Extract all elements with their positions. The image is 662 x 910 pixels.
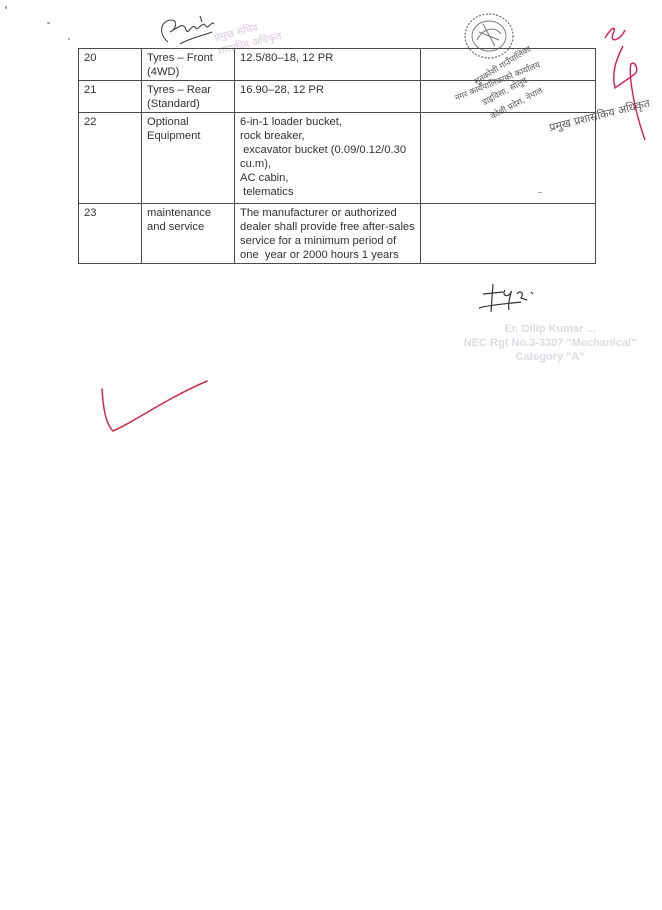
row-number: 23 bbox=[84, 207, 96, 219]
item-text: Equipment bbox=[147, 129, 229, 143]
remarks-cell bbox=[420, 113, 595, 204]
remarks-cell bbox=[420, 204, 595, 264]
scan-speck bbox=[538, 192, 542, 193]
specification-text: dealer shall provide free after-sales bbox=[240, 220, 415, 234]
specification-text: The manufacturer or authorized bbox=[240, 206, 415, 220]
row-number: 20 bbox=[84, 52, 96, 64]
scan-speck bbox=[68, 38, 70, 40]
row-number-cell: 20 bbox=[79, 49, 142, 81]
red-handwritten-initials bbox=[595, 10, 662, 150]
table-row: 23maintenanceand serviceThe manufacturer… bbox=[79, 204, 596, 264]
specification-text: AC cabin, bbox=[240, 171, 415, 185]
row-number-cell: 23 bbox=[79, 204, 142, 264]
item-text: and service bbox=[147, 220, 229, 234]
specification-text: cu.m), bbox=[240, 157, 415, 171]
specification-text: one year or 2000 hours 1 years bbox=[240, 248, 415, 262]
red-check-mark bbox=[95, 375, 215, 450]
item-text: Tyres – Front bbox=[147, 51, 229, 65]
item-text: Tyres – Rear bbox=[147, 83, 229, 97]
specification-table: 20Tyres – Front(4WD)12.5/80–18, 12 PR21T… bbox=[78, 48, 596, 264]
table-row: 21Tyres – Rear(Standard)16.90–28, 12 PR bbox=[79, 81, 596, 113]
specification-text: rock breaker, bbox=[240, 129, 415, 143]
signature-top bbox=[150, 12, 220, 52]
specification-text: 12.5/80–18, 12 PR bbox=[240, 51, 415, 65]
specification-cell: 16.90–28, 12 PR bbox=[235, 81, 421, 113]
row-number: 22 bbox=[84, 116, 96, 128]
row-number: 21 bbox=[84, 84, 96, 96]
item-text: (Standard) bbox=[147, 97, 229, 111]
remarks-cell bbox=[420, 81, 595, 113]
scan-speck bbox=[5, 6, 7, 9]
item-cell: Tyres – Front(4WD) bbox=[142, 49, 235, 81]
item-cell: maintenanceand service bbox=[142, 204, 235, 264]
specification-text: service for a minimum period of bbox=[240, 234, 415, 248]
scan-speck bbox=[47, 22, 50, 24]
table-row: 22OptionalEquipment6-in-1 loader bucket,… bbox=[79, 113, 596, 204]
specification-text: telematics bbox=[240, 185, 415, 199]
specification-text: excavator bucket (0.09/0.12/0.30 bbox=[240, 143, 415, 157]
row-number-cell: 22 bbox=[79, 113, 142, 204]
specification-text: 6-in-1 loader bucket, bbox=[240, 115, 415, 129]
specification-cell: 12.5/80–18, 12 PR bbox=[235, 49, 421, 81]
row-number-cell: 21 bbox=[79, 81, 142, 113]
item-cell: OptionalEquipment bbox=[142, 113, 235, 204]
item-text: maintenance bbox=[147, 206, 229, 220]
table-row: 20Tyres – Front(4WD)12.5/80–18, 12 PR bbox=[79, 49, 596, 81]
specification-cell: The manufacturer or authorizeddealer sha… bbox=[235, 204, 421, 264]
document-page: प्रमुख सचिव शासकीय अधिकृत सुनकोशी गाउँपा… bbox=[0, 0, 662, 910]
engineer-stamp: Er. Dilip Kumar ... NEC Rgt No.3-3307 "M… bbox=[455, 322, 645, 364]
item-text: (4WD) bbox=[147, 65, 229, 79]
remarks-cell bbox=[420, 49, 595, 81]
specification-text: 16.90–28, 12 PR bbox=[240, 83, 415, 97]
item-text: Optional bbox=[147, 115, 229, 129]
item-cell: Tyres – Rear(Standard) bbox=[142, 81, 235, 113]
specification-cell: 6-in-1 loader bucket,rock breaker, excav… bbox=[235, 113, 421, 204]
signature-bottom bbox=[475, 280, 545, 315]
